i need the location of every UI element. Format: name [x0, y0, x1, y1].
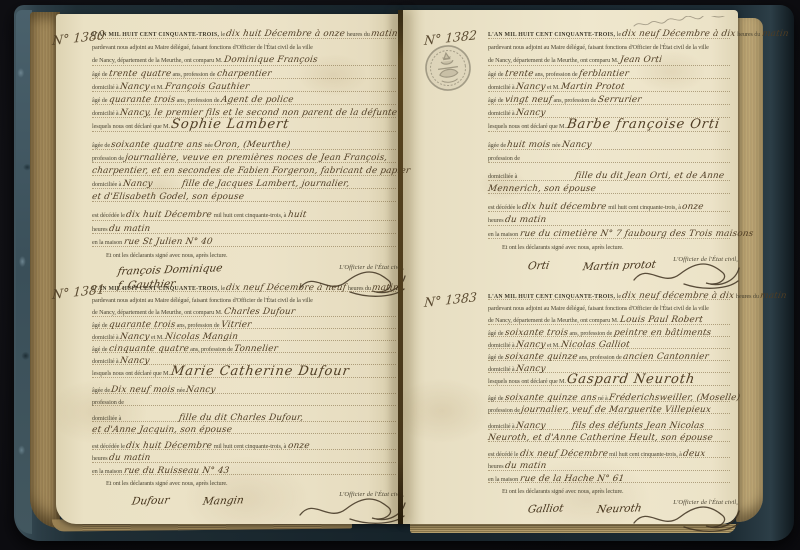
handwritten-entry: dix huit Décembre	[126, 441, 213, 452]
signature-row: GalliotNeuroth L'Officier de l'État civi…	[488, 497, 730, 533]
printed-text: domicilié à	[92, 334, 120, 341]
blank-space	[152, 185, 182, 186]
printed-text: domicilié à	[488, 423, 516, 430]
officer-label: L'Officier de l'État civil,	[339, 264, 404, 271]
handwritten-entry: Nancy	[119, 81, 150, 93]
printed-text: mil huit cent cinquante-trois, à	[212, 212, 287, 219]
handwritten-entry: Nicolas Galliot	[560, 340, 630, 351]
register-page-left: N° 1380 L'an mil huit cent cinquante-tro…	[56, 14, 402, 524]
handwritten-entry: rue St Julien N° 40	[123, 236, 213, 248]
form-line: domiciliée à fille du dit Charles Dufour…	[92, 410, 396, 422]
printed-text: heures du	[734, 293, 760, 300]
handwritten-entry: trente quatre	[108, 68, 172, 80]
form-line: de Nancy, département de la Meurthe, ont…	[488, 312, 730, 324]
form-line: heures du matin	[488, 458, 730, 470]
printed-text: lesquels nous ont déclaré que M.	[92, 123, 171, 130]
handwritten-entry: Oron, (Meurthe)	[213, 139, 291, 151]
handwritten-entry: Mennerich, son épouse	[487, 183, 597, 195]
form-line: et d'Elisabeth Godel, son épouse	[92, 189, 396, 202]
handwritten-entry: dix neuf décembre à dix	[622, 291, 736, 302]
printed-text: lesquels nous ont déclaré que M.	[92, 370, 171, 377]
handwritten-entry: fille du dit Jean Orti, et de Anne	[574, 170, 725, 182]
printed-text: profession de	[488, 407, 521, 414]
handwritten-entry: Louis Paul Robert	[619, 315, 703, 326]
printed-text: ans, profession de	[552, 97, 598, 104]
form-line: en la maison rue de la Hache N° 61	[488, 471, 730, 483]
printed-text: âgé de	[488, 97, 505, 104]
printed-text: domiciliée à	[92, 415, 123, 422]
officer-label: L'Officier de l'État civil,	[673, 499, 738, 506]
form-line: charpentier, et en secondes de Fabien Fo…	[92, 163, 396, 176]
handwritten-entry: journalier, veuf de Marguerite Villepieu…	[521, 405, 712, 416]
handwritten-entry: peintre en bâtiments	[613, 328, 712, 339]
officer-signature-block: L'Officier de l'État civil,	[630, 491, 738, 533]
form-line: pardevant nous adjoint au Maire délégué,…	[488, 39, 730, 52]
printed-text: née	[551, 142, 562, 149]
handwritten-entry: trente	[504, 68, 534, 80]
handwritten-entry: dix neuf Décembre	[519, 449, 609, 460]
printed-text: Et ont les déclarants signé avec nous, a…	[502, 244, 624, 251]
handwritten-entry: rue du Ruisseau N° 43	[123, 466, 230, 477]
signature-row: DufourMangin L'Officier de l'État civil,	[92, 489, 396, 525]
form-line: âgé de soixante quinze ans né à Fréderic…	[488, 390, 730, 402]
printed-text: âgé de	[92, 346, 109, 353]
declarant-signature: Galliot	[527, 502, 565, 515]
handwritten-entry: quarante trois	[108, 320, 176, 331]
handwritten-entry: Nancy	[515, 364, 546, 375]
handwritten-entry: Nancy	[515, 421, 546, 432]
printed-text: ans, profession de	[175, 322, 221, 329]
printed-text: âgée de	[92, 387, 111, 394]
handwritten-entry: Serrurier	[597, 94, 642, 106]
register-page-right: N° 1382 L'an mil huit cent cinquante-tro…	[402, 10, 738, 524]
handwritten-entry: matin	[761, 28, 789, 40]
handwritten-entry: fille de Jacques Lambert, journalier,	[181, 178, 350, 190]
form-line: Mennerich, son épouse	[488, 181, 730, 194]
printed-text: est décédée le	[92, 212, 126, 219]
form-line: âgée de soixante quatre ans née Oron, (M…	[92, 137, 396, 150]
handwritten-entry: huit mois	[507, 139, 552, 151]
handwritten-entry: dix neuf Décembre à neuf	[226, 283, 348, 294]
printed-text: âgée de	[488, 142, 507, 149]
printed-text: L'an mil huit cent cinquante-trois,	[92, 32, 219, 38]
form-line: heures du matin	[488, 212, 730, 225]
form-line: heures du matin	[92, 450, 396, 462]
handwritten-entry: soixante quatre ans	[111, 139, 204, 151]
handwritten-entry: du matin	[504, 461, 547, 472]
printed-text: heures	[92, 455, 109, 462]
printed-text: domiciliée à	[488, 173, 519, 180]
form-line: domicilié à Nancy et M. François Gauthie…	[92, 79, 396, 92]
handwritten-entry: Dix neuf mois	[111, 385, 176, 396]
printed-text: heures du	[736, 31, 762, 38]
handwritten-entry: Nicolas Mangin	[164, 332, 239, 343]
printed-text: Et ont les déclarants signé avec nous, a…	[502, 488, 624, 495]
form-line: en la maison rue du cimetière N° 7 faubo…	[488, 226, 730, 239]
handwritten-entry: dix huit Décembre à onze	[226, 28, 347, 40]
printed-text: de Nancy, département de la Meurthe, ont…	[488, 317, 620, 324]
handwritten-entry: Nancy	[515, 340, 546, 351]
form-line: lesquels nous ont déclaré que M. Barbe f…	[488, 118, 730, 131]
printed-text: Et ont les déclarants signé avec nous, a…	[106, 252, 228, 259]
printed-text: âgé de	[92, 71, 109, 78]
printed-text: lesquels nous ont déclaré que M.	[488, 123, 567, 130]
printed-text: domiciliée à	[92, 181, 123, 188]
blank-space	[546, 427, 572, 428]
handwritten-entry: Nancy	[561, 139, 592, 151]
form-line: âgé de quarante trois ans, profession de…	[92, 317, 396, 329]
form-line: âgé de quarante trois ans, profession de…	[92, 92, 396, 105]
form-line: en la maison rue du Ruisseau N° 43	[92, 463, 396, 475]
printed-text: heures	[488, 217, 505, 224]
handwritten-entry: Vitrier	[220, 320, 252, 331]
printed-text: L'an mil huit cent cinquante-trois,	[92, 286, 219, 292]
printed-text: en la maison	[488, 476, 520, 483]
handwritten-entry: Nancy	[515, 107, 546, 119]
printed-text: ans, profession de	[577, 354, 623, 361]
death-record-1381: N° 1381 L'an mil huit cent cinquante-tro…	[92, 280, 396, 525]
printed-text: ans, profession de	[189, 346, 235, 353]
printed-text: ans, profession de	[568, 330, 614, 337]
embossed-municipal-seal-icon	[421, 41, 475, 95]
record-form-lines: L'an mil huit cent cinquante-trois, le d…	[488, 288, 730, 495]
printed-text: est décédée le	[92, 443, 126, 450]
form-line: L'an mil huit cent cinquante-trois, le d…	[92, 26, 396, 39]
printed-text: heures	[92, 226, 109, 233]
handwritten-entry: François Gauthier	[164, 81, 250, 93]
form-line: est décédée le dix huit décembre mil hui…	[488, 199, 730, 212]
handwritten-entry: dix huit Décembre	[126, 209, 214, 221]
handwritten-entry: Nancy	[186, 385, 217, 396]
handwritten-entry: Martin Protot	[560, 81, 625, 93]
handwritten-entry: soixante quinze ans	[504, 393, 597, 404]
printed-text: ans, profession de	[175, 97, 221, 104]
handwritten-entry: soixante quinze	[504, 352, 578, 363]
printed-text: lesquels nous ont déclaré que M.	[488, 378, 567, 385]
handwritten-entry: et d'Anne Jacquin, son épouse	[91, 425, 233, 436]
form-line: est décédé le dix neuf Décembre mil huit…	[488, 446, 730, 458]
handwritten-entry: huit	[287, 209, 307, 221]
printed-text: et M.	[546, 84, 561, 91]
printed-text: L'an mil huit cent cinquante-trois,	[488, 32, 615, 38]
form-line: heures du matin	[92, 221, 396, 234]
blank-space	[519, 177, 575, 178]
officer-signature-flourish	[296, 495, 408, 525]
blank-space	[123, 419, 179, 420]
form-line: est décédée le dix huit Décembre mil hui…	[92, 207, 396, 220]
handwritten-name: Marie Catherine Dufour	[171, 366, 351, 377]
printed-text: de Nancy, département de la Meurthe, ont…	[92, 57, 224, 64]
form-line: de Nancy, département de la Meurthe, ont…	[92, 304, 396, 316]
form-line: lesquels nous ont déclaré que M. Sophie …	[92, 118, 396, 131]
officer-signature-flourish	[630, 260, 742, 290]
printed-text: âgé de	[488, 330, 505, 337]
record-form-lines: L'an mil huit cent cinquante-trois, le d…	[92, 280, 396, 487]
handwritten-entry: et d'Elisabeth Godel, son épouse	[91, 191, 245, 203]
form-line: de Nancy, département de la Meurthe, ont…	[92, 52, 396, 65]
handwritten-entry: Charles Dufour	[223, 307, 296, 318]
printed-text: domicilié à	[488, 84, 516, 91]
printed-text: profession de	[488, 155, 521, 162]
officer-label: L'Officier de l'État civil,	[339, 491, 404, 498]
printed-text: et M.	[150, 84, 165, 91]
handwritten-entry: matin	[760, 291, 788, 302]
handwritten-entry: Nancy	[119, 356, 150, 367]
form-line: domiciliée à Nancyfille de Jacques Lambe…	[92, 176, 396, 189]
printed-text: de Nancy, département de la Meurthe, ont…	[488, 57, 620, 64]
printed-text: domicilié à	[488, 342, 516, 349]
printed-text: est décédée le	[488, 204, 522, 211]
handwritten-name: Sophie Lambert	[171, 119, 291, 131]
handwritten-entry: charpentier	[216, 68, 272, 80]
form-line: âgé de trente ans, profession de ferblan…	[488, 66, 730, 79]
handwritten-entry: matin	[370, 28, 398, 40]
printed-text: domicilié à	[92, 110, 120, 117]
officer-signature-flourish	[630, 503, 742, 533]
handwritten-entry: onze	[287, 441, 310, 452]
form-line: âgé de trente quatre ans, profession de …	[92, 66, 396, 79]
form-line: domicilié à Nancy et M. Martin Protot	[488, 79, 730, 92]
record-number: N° 1382	[424, 27, 478, 48]
printed-text: Et ont les déclarants signé avec nous, a…	[106, 480, 228, 487]
form-line: de Nancy, département de la Meurthe, ont…	[488, 52, 730, 65]
signature-row: OrtiMartin protot L'Officier de l'État c…	[488, 254, 730, 290]
printed-text: âgé de	[488, 71, 505, 78]
form-line: L'an mil huit cent cinquante-trois, le d…	[92, 280, 396, 292]
handwritten-entry: dix neuf Décembre à dix	[622, 28, 737, 40]
printed-text: âgé de	[92, 97, 109, 104]
printed-text: domicilié à	[92, 84, 120, 91]
printed-text: L'an mil huit cent cinquante-trois,	[488, 294, 615, 300]
printed-text: mil huit cent cinquante-trois, à	[607, 204, 682, 211]
handwritten-entry: fille du dit Charles Dufour,	[178, 413, 304, 424]
record-number: N° 1383	[424, 289, 478, 310]
form-line: L'an mil huit cent cinquante-trois, le d…	[488, 288, 730, 300]
form-line: pardevant nous adjoint au Maire délégué,…	[92, 39, 396, 52]
handwritten-entry: Nancy	[122, 178, 153, 190]
handwritten-entry: Neuroth, et d'Anne Catherine Heult, son …	[487, 433, 713, 444]
printed-text: pardevant nous adjoint au Maire délégué,…	[92, 297, 313, 304]
printed-text: âgé de	[488, 354, 505, 361]
handwritten-entry: Fréderichsweiller, (Moselle)	[608, 393, 741, 404]
handwritten-entry: onze	[681, 201, 704, 213]
declarant-signature: Dufour	[131, 494, 171, 507]
handwritten-entry: Tonnelier	[233, 344, 278, 355]
form-line: est décédée le dix huit Décembre mil hui…	[92, 438, 396, 450]
handwritten-name: Barbe françoise Orti	[567, 119, 722, 131]
printed-text: pardevant nous adjoint au Maire délégué,…	[92, 44, 313, 51]
printed-text: né à	[597, 395, 610, 402]
printed-text: mil huit cent cinquante-trois, à	[212, 443, 287, 450]
handwritten-entry: charpentier, et en secondes de Fabien Fo…	[91, 165, 411, 177]
officer-label: L'Officier de l'État civil,	[673, 256, 738, 263]
form-line: âgé de vingt neuf ans, profession de Ser…	[488, 92, 730, 105]
handwritten-entry: fils des défunts Jean Nicolas	[571, 421, 705, 432]
printed-text: ans, profession de	[533, 71, 579, 78]
printed-text: domicilié à	[488, 110, 516, 117]
officer-signature-block: L'Officier de l'État civil,	[296, 483, 404, 525]
declarant-signature: Mangin	[202, 494, 245, 507]
handwritten-entry: soixante trois	[504, 328, 569, 339]
printed-text: en la maison	[92, 239, 124, 246]
handwritten-entry: matin	[372, 283, 400, 294]
record-form-lines: L'an mil huit cent cinquante-trois, le d…	[92, 26, 396, 260]
printed-text: de Nancy, département de la Meurthe, ont…	[92, 309, 224, 316]
printed-text: heures du	[345, 31, 371, 38]
death-record-1383: N° 1383 L'an mil huit cent cinquante-tro…	[488, 288, 730, 533]
form-line: âgée de Dix neuf mois née Nancy	[92, 382, 396, 394]
printed-text: profession de	[92, 399, 125, 406]
handwritten-entry: dix huit décembre	[522, 201, 608, 213]
declarant-signatures: GalliotNeuroth	[528, 503, 642, 515]
declarant-signatures: DufourMangin	[132, 495, 244, 507]
form-line: L'an mil huit cent cinquante-trois, le d…	[488, 26, 730, 39]
handwritten-entry: Agent de police	[220, 94, 294, 106]
printed-text: en la maison	[488, 231, 520, 238]
printed-text: âgé de	[488, 395, 505, 402]
form-line: âgée de huit mois née Nancy	[488, 137, 730, 150]
printed-text: en la maison	[92, 468, 124, 475]
printed-text: née	[203, 142, 214, 149]
handwritten-entry: vingt neuf	[504, 94, 553, 106]
handwritten-entry: deux	[682, 449, 706, 460]
printed-text: heures du	[346, 285, 372, 292]
form-line: domiciliée à fille du dit Jean Orti, et …	[488, 168, 730, 181]
declarant-signature: françois Dominique	[117, 262, 224, 278]
death-record-1382: N° 1382 L'an mil huit cent cinquante-tro…	[488, 26, 730, 290]
printed-text: et M.	[546, 342, 561, 349]
declarant-signature: Orti	[527, 260, 550, 273]
handwritten-entry: journalière, veuve en premières noces de…	[124, 152, 388, 164]
handwritten-entry: quarante trois	[108, 94, 176, 106]
handwritten-entry: du matin	[504, 214, 547, 226]
handwritten-entry: Dominique François	[223, 54, 318, 66]
printed-text: domicilié à	[488, 366, 516, 373]
printed-text: domicilié à	[92, 358, 120, 365]
printed-text: âgé de	[92, 322, 109, 329]
handwritten-name: Gaspard Neuroth	[567, 374, 697, 385]
death-record-1380: N° 1380 L'an mil huit cent cinquante-tro…	[92, 26, 396, 298]
printed-text: mil huit cent cinquante-trois, à	[608, 451, 683, 458]
form-line: âgé de soixante trois ans, profession de…	[488, 325, 730, 337]
printed-text: est décédé le	[488, 451, 520, 458]
form-line: domicilié à Nancyfils des défunts Jean N…	[488, 418, 730, 430]
handwritten-entry: Nancy	[515, 81, 546, 93]
form-line: en la maison rue St Julien N° 40	[92, 234, 396, 247]
form-line: profession de	[488, 150, 730, 163]
handwritten-entry: cinquante quatre	[108, 344, 189, 355]
handwritten-entry: rue du cimetière N° 7 faubourg des Trois…	[519, 228, 754, 240]
handwritten-entry: ancien Cantonnier	[622, 352, 709, 363]
printed-text: pardevant nous adjoint au Maire délégué,…	[488, 44, 709, 51]
handwritten-entry: rue de la Hache N° 61	[519, 474, 625, 485]
printed-text: âgée de	[92, 142, 111, 149]
printed-text: pardevant nous adjoint au Maire délégué,…	[488, 305, 709, 312]
handwritten-entry: du matin	[108, 223, 151, 235]
book-gutter	[398, 10, 403, 524]
printed-text: et M.	[150, 334, 165, 341]
handwritten-entry: ferblantier	[578, 68, 630, 80]
record-form-lines: L'an mil huit cent cinquante-trois, le d…	[488, 26, 730, 252]
printed-text: heures	[488, 463, 505, 470]
handwritten-entry: Nancy	[119, 332, 150, 343]
officer-signature-block: L'Officier de l'État civil,	[630, 248, 738, 290]
printed-text: profession de	[92, 155, 125, 162]
form-line: profession de journalière, veuve en prem…	[92, 150, 396, 163]
handwritten-entry: du matin	[108, 453, 151, 464]
handwritten-entry: Jean Orti	[619, 54, 663, 66]
printed-text: ans, profession de	[171, 71, 217, 78]
